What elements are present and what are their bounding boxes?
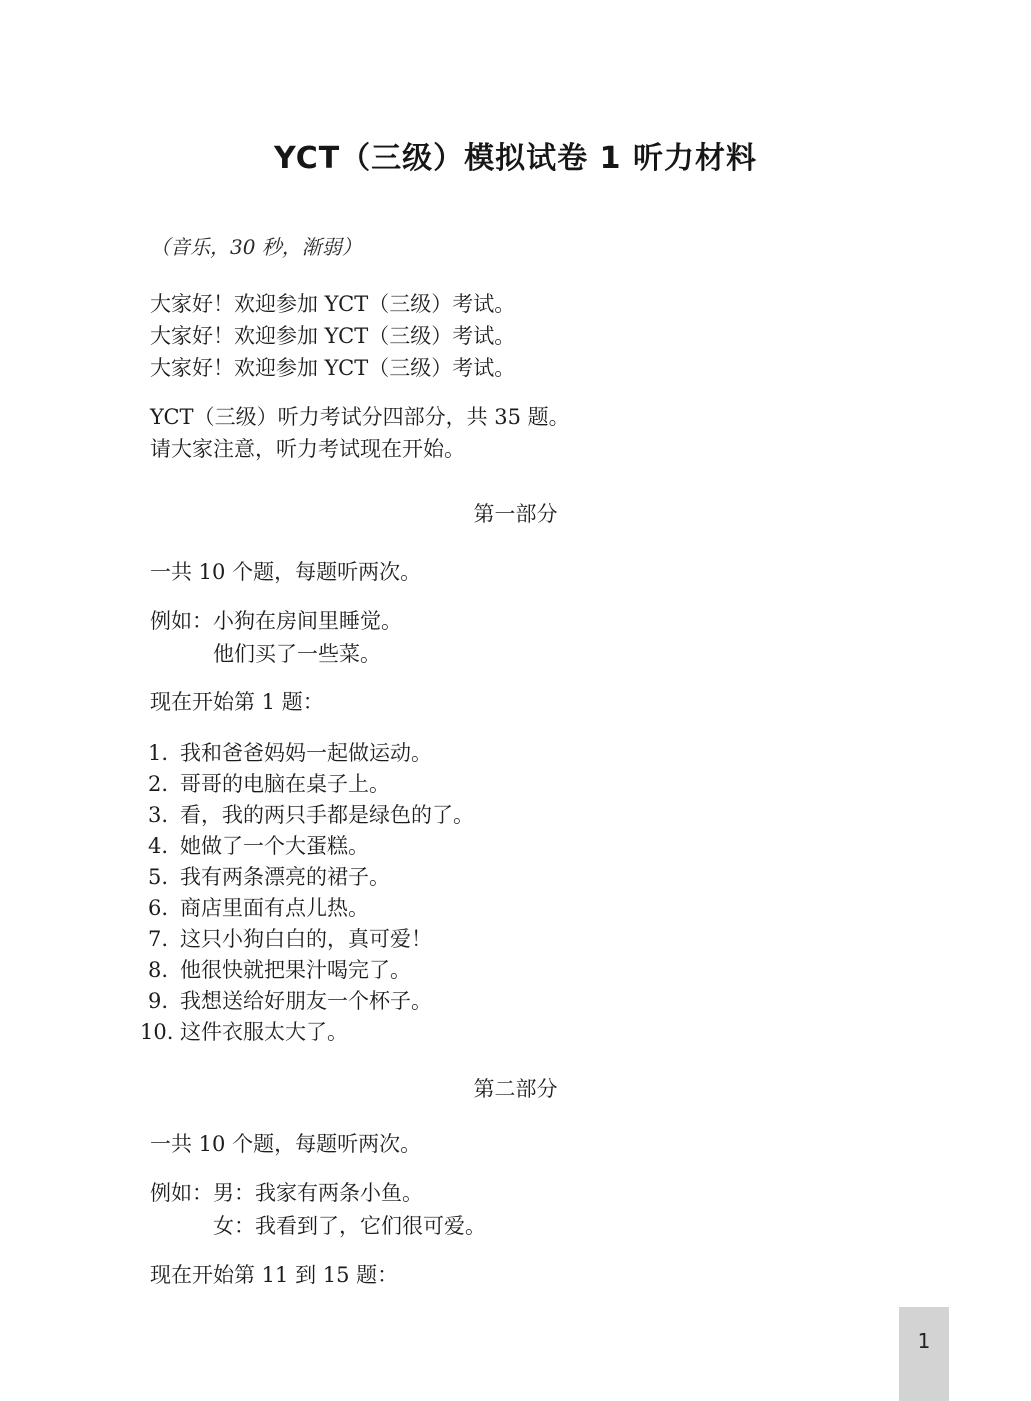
greeting-block: 大家好！欢迎参加 YCT（三级）考试。 大家好！欢迎参加 YCT（三级）考试。 … [150, 288, 881, 384]
question-row: 5. 我有两条漂亮的裙子。 [140, 862, 881, 893]
exam-attention-line: 请大家注意，听力考试现在开始。 [150, 433, 881, 465]
question-row: 9. 我想送给好朋友一个杯子。 [140, 986, 881, 1017]
question-number: 7. [140, 924, 168, 955]
example-lines: 男：我家有两条小鱼。 女：我看到了，它们很可爱。 [213, 1177, 881, 1243]
example-label: 例如： [150, 1177, 213, 1243]
question-number: 6. [140, 893, 168, 924]
question-number: 9. [140, 986, 168, 1017]
greeting-line: 大家好！欢迎参加 YCT（三级）考试。 [150, 288, 881, 320]
part1-instructions: 一共 10 个题，每题听两次。 [150, 556, 881, 588]
question-text: 她做了一个大蛋糕。 [180, 831, 881, 862]
question-row: 1. 我和爸爸妈妈一起做运动。 [140, 738, 881, 769]
page-number: 1 [918, 1329, 931, 1353]
question-text: 这件衣服太大了。 [180, 1017, 881, 1048]
question-text: 我有两条漂亮的裙子。 [180, 862, 881, 893]
part2-example: 例如： 男：我家有两条小鱼。 女：我看到了，它们很可爱。 [150, 1177, 881, 1243]
question-text: 看，我的两只手都是绿色的了。 [180, 800, 881, 831]
example-label: 例如： [150, 605, 213, 671]
question-text: 哥哥的电脑在桌子上。 [180, 769, 881, 800]
example-line-female: 女：我看到了，它们很可爱。 [213, 1210, 881, 1243]
question-row: 8. 他很快就把果汁喝完了。 [140, 955, 881, 986]
question-row: 4. 她做了一个大蛋糕。 [140, 831, 881, 862]
question-row: 7. 这只小狗白白的，真可爱！ [140, 924, 881, 955]
part1-example: 例如： 小狗在房间里睡觉。 他们买了一些菜。 [150, 605, 881, 671]
part1-start-line: 现在开始第 1 题： [150, 686, 881, 718]
question-row: 2. 哥哥的电脑在桌子上。 [140, 769, 881, 800]
greeting-line: 大家好！欢迎参加 YCT（三级）考试。 [150, 352, 881, 384]
question-number: 5. [140, 862, 168, 893]
part1-heading: 第一部分 [150, 498, 881, 530]
example-line-male: 男：我家有两条小鱼。 [213, 1177, 881, 1210]
question-number: 8. [140, 955, 168, 986]
question-text: 这只小狗白白的，真可爱！ [180, 924, 881, 955]
part2-instructions: 一共 10 个题，每题听两次。 [150, 1128, 881, 1160]
example-line: 小狗在房间里睡觉。 [213, 605, 881, 638]
document-page: YCT（三级）模拟试卷 1 听力材料 （音乐，30 秒，渐弱） 大家好！欢迎参加… [0, 0, 1031, 1401]
question-number: 1. [140, 738, 168, 769]
example-line: 他们买了一些菜。 [213, 638, 881, 671]
question-row: 3. 看，我的两只手都是绿色的了。 [140, 800, 881, 831]
question-number: 4. [140, 831, 168, 862]
example-lines: 小狗在房间里睡觉。 他们买了一些菜。 [213, 605, 881, 671]
question-number: 3. [140, 800, 168, 831]
exam-structure-line: YCT（三级）听力考试分四部分，共 35 题。 [150, 401, 881, 433]
question-text: 他很快就把果汁喝完了。 [180, 955, 881, 986]
part2-heading: 第二部分 [150, 1073, 881, 1105]
page-content: YCT（三级）模拟试卷 1 听力材料 （音乐，30 秒，渐弱） 大家好！欢迎参加… [0, 0, 1031, 1291]
page-number-box: 1 [899, 1307, 949, 1401]
question-text: 我和爸爸妈妈一起做运动。 [180, 738, 881, 769]
exam-intro-block: YCT（三级）听力考试分四部分，共 35 题。 请大家注意，听力考试现在开始。 [150, 401, 881, 465]
question-row: 6. 商店里面有点儿热。 [140, 893, 881, 924]
question-text: 我想送给好朋友一个杯子。 [180, 986, 881, 1017]
question-text: 商店里面有点儿热。 [180, 893, 881, 924]
question-row: 10. 这件衣服太大了。 [140, 1017, 881, 1048]
greeting-line: 大家好！欢迎参加 YCT（三级）考试。 [150, 320, 881, 352]
part1-question-list: 1. 我和爸爸妈妈一起做运动。 2. 哥哥的电脑在桌子上。 3. 看，我的两只手… [140, 738, 881, 1048]
music-cue-note: （音乐，30 秒，渐弱） [150, 235, 881, 259]
part2-start-line: 现在开始第 11 到 15 题： [150, 1259, 881, 1291]
page-title: YCT（三级）模拟试卷 1 听力材料 [150, 0, 881, 177]
question-number: 2. [140, 769, 168, 800]
question-number: 10. [140, 1017, 168, 1048]
